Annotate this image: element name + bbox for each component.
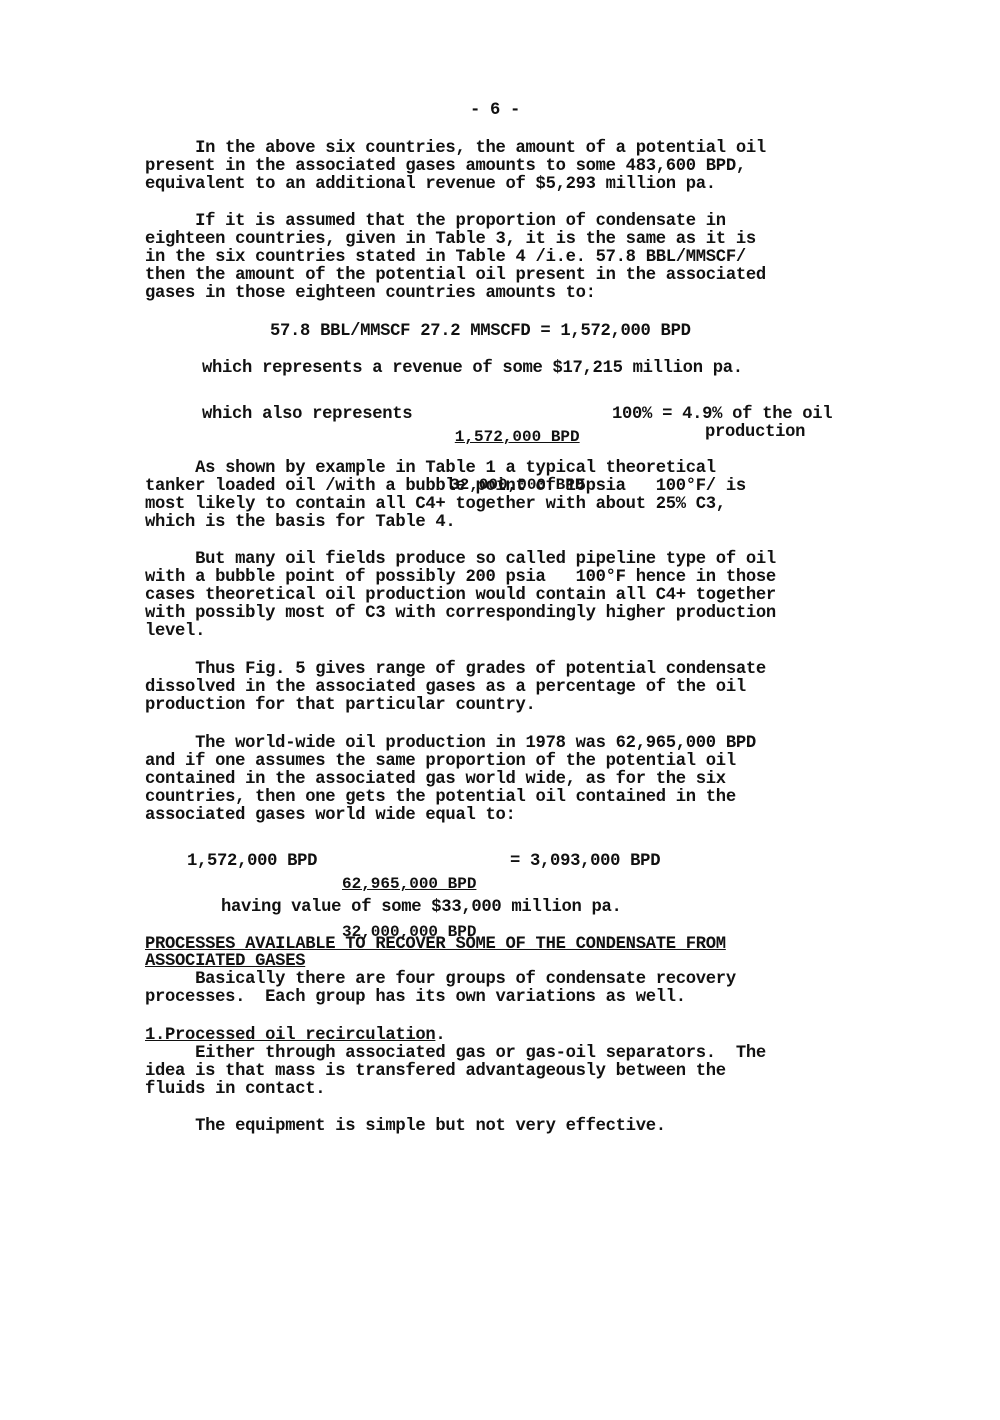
equation-condensate: 57.8 BBL/MMSCF 27.2 MMSCFD = 1,572,000 B… [270, 323, 691, 341]
value-line: having value of some $33,000 million pa. [221, 899, 622, 917]
paragraph-line: with a bubble point of possibly 200 psia… [145, 569, 776, 587]
paragraph-line: eighteen countries, given in Table 3, it… [145, 231, 756, 249]
equation-suffix: = 3,093,000 BPD [510, 853, 660, 871]
fraction-numerator: 62,965,000 BPD [342, 876, 476, 892]
paragraph-line: The equipment is simple but not very eff… [145, 1118, 666, 1136]
paragraph-line: contained in the associated gas world wi… [145, 771, 726, 789]
equation-suffix: 100% = 4.9% of the oil [612, 406, 832, 424]
paragraph-line: with possibly most of C3 with correspond… [145, 605, 776, 623]
paragraph-line: and if one assumes the same proportion o… [145, 753, 736, 771]
fraction-numerator: 1,572,000 BPD [450, 429, 584, 445]
paragraph-line: idea is that mass is transfered advantag… [145, 1063, 726, 1081]
paragraph-line: associated gases world wide equal to: [145, 807, 516, 825]
subsection-heading-period: . [435, 1026, 445, 1045]
subsection-heading-text: 1.Processed oil recirculation [145, 1026, 435, 1045]
paragraph-line: tanker loaded oil /with a bubble point o… [145, 478, 746, 496]
paragraph-line: In the above six countries, the amount o… [145, 140, 766, 158]
paragraph-line: in the six countries stated in Table 4 /… [145, 249, 746, 267]
paragraph-line: equivalent to an additional revenue of $… [145, 176, 716, 194]
paragraph-line: As shown by example in Table 1 a typical… [145, 460, 716, 478]
section-heading: ASSOCIATED GASES [145, 953, 305, 971]
paragraph-line: level. [145, 623, 205, 641]
paragraph-line: which is the basis for Table 4. [145, 514, 455, 532]
paragraph-line: Thus Fig. 5 gives range of grades of pot… [145, 661, 766, 679]
paragraph-line: production for that particular country. [145, 697, 536, 715]
paragraph-line: processes. Each group has its own variat… [145, 989, 686, 1007]
paragraph-line: fluids in contact. [145, 1081, 325, 1099]
document-page: - 6 - In the above six countries, the am… [0, 0, 1000, 1420]
equation-suffix-continued: production [705, 424, 805, 442]
paragraph-line: dissolved in the associated gases as a p… [145, 679, 746, 697]
paragraph-line: countries, then one gets the potential o… [145, 789, 736, 807]
equation-prefix: which also represents [202, 406, 412, 424]
paragraph-line: Basically there are four groups of conde… [145, 971, 736, 989]
page-number: - 6 - [470, 102, 520, 120]
subsection-heading: 1.Processed oil recirculation. [145, 1027, 445, 1045]
paragraph-line: cases theoretical oil production would c… [145, 587, 776, 605]
paragraph-line: gases in those eighteen countries amount… [145, 285, 596, 303]
equation-prefix: 1,572,000 BPD [187, 853, 317, 871]
paragraph-line: If it is assumed that the proportion of … [145, 213, 726, 231]
paragraph-line: But many oil fields produce so called pi… [145, 551, 776, 569]
paragraph-line: present in the associated gases amounts … [145, 158, 746, 176]
paragraph-line: most likely to contain all C4+ together … [145, 496, 726, 514]
paragraph-line: Either through associated gas or gas-oil… [145, 1045, 766, 1063]
paragraph-line: then the amount of the potential oil pre… [145, 267, 766, 285]
revenue-line: which represents a revenue of some $17,2… [202, 360, 743, 378]
paragraph-line: The world-wide oil production in 1978 wa… [145, 735, 756, 753]
